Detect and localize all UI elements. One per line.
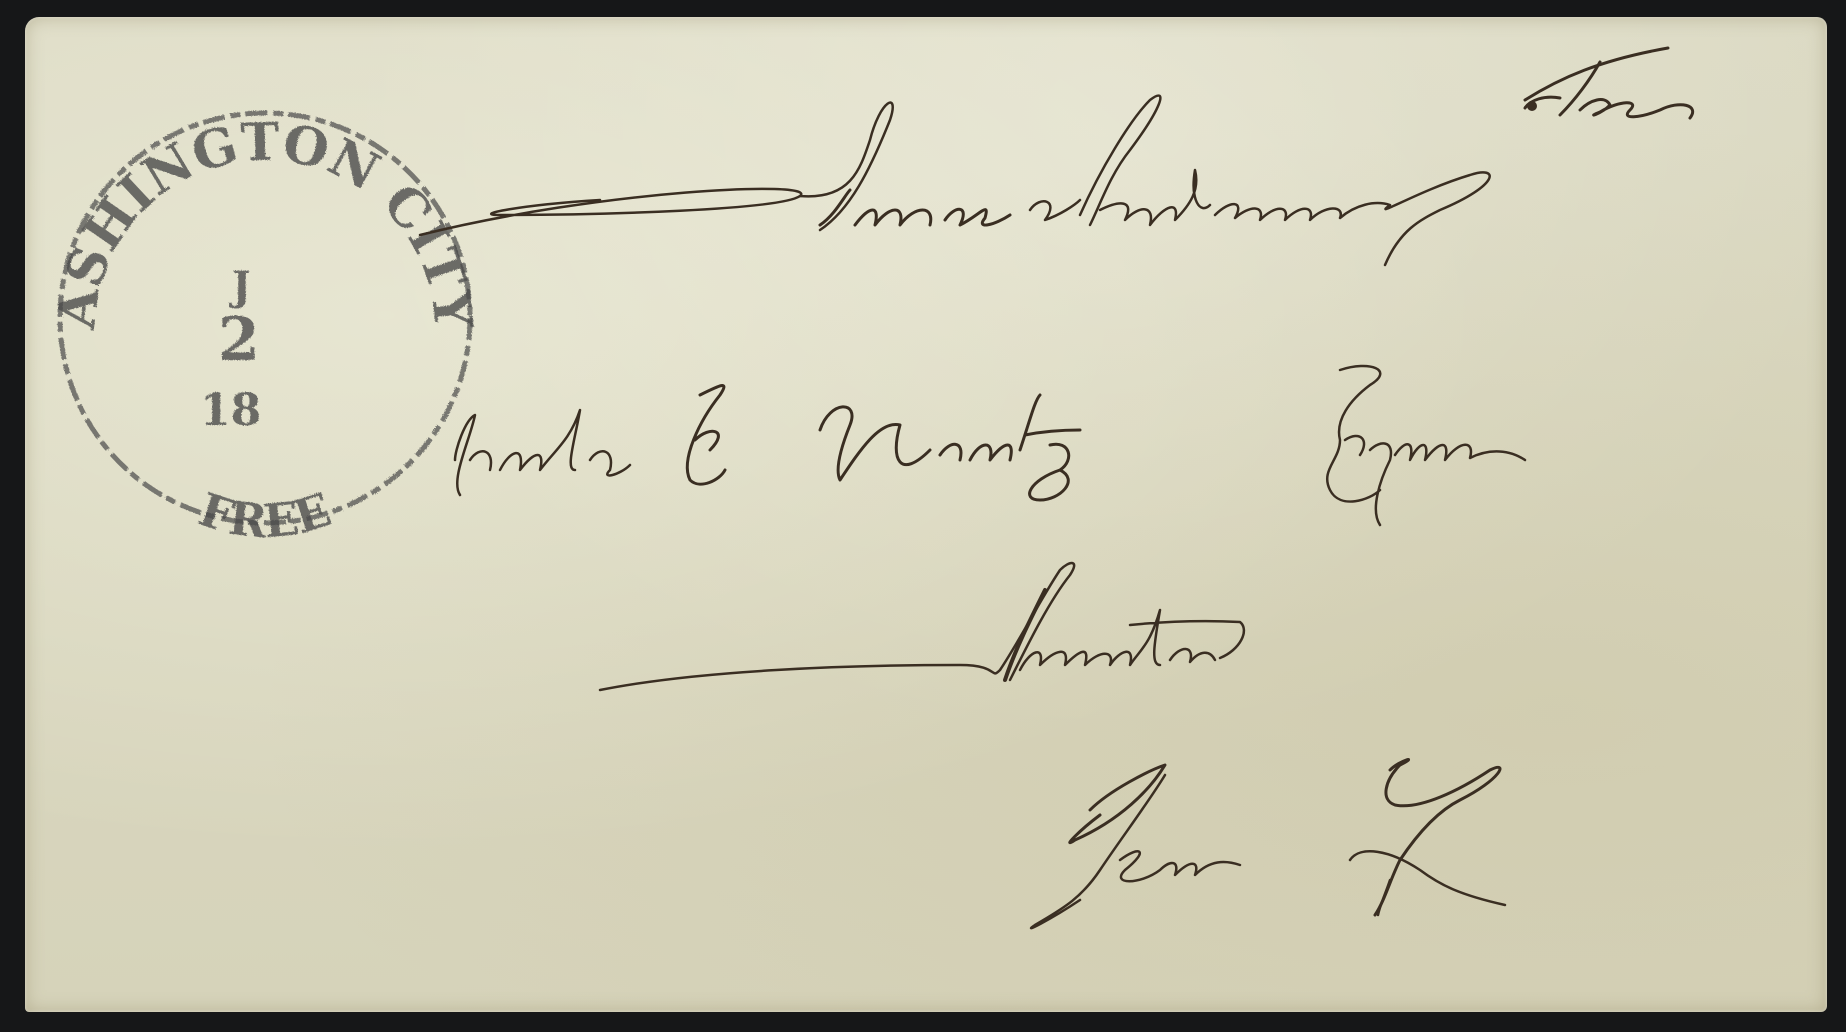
postmark-bottom-text: FREE — [193, 482, 338, 549]
signature-james-buchanan — [420, 96, 1490, 265]
postmark-month: J — [229, 263, 251, 310]
postmark-top-text: ASHINGTON CITY — [46, 112, 484, 333]
state-line — [1031, 760, 1505, 929]
city-line — [600, 563, 1244, 690]
postmark-day: 2 — [218, 305, 260, 375]
free-frank-notation — [1525, 48, 1693, 118]
envelope-markings: ASHINGTON CITY FREE J 2 18 — [0, 0, 1846, 1032]
postmark-year: 18 — [200, 385, 261, 436]
addressee-line — [455, 366, 1525, 525]
postmark: ASHINGTON CITY FREE J 2 18 — [46, 112, 484, 549]
